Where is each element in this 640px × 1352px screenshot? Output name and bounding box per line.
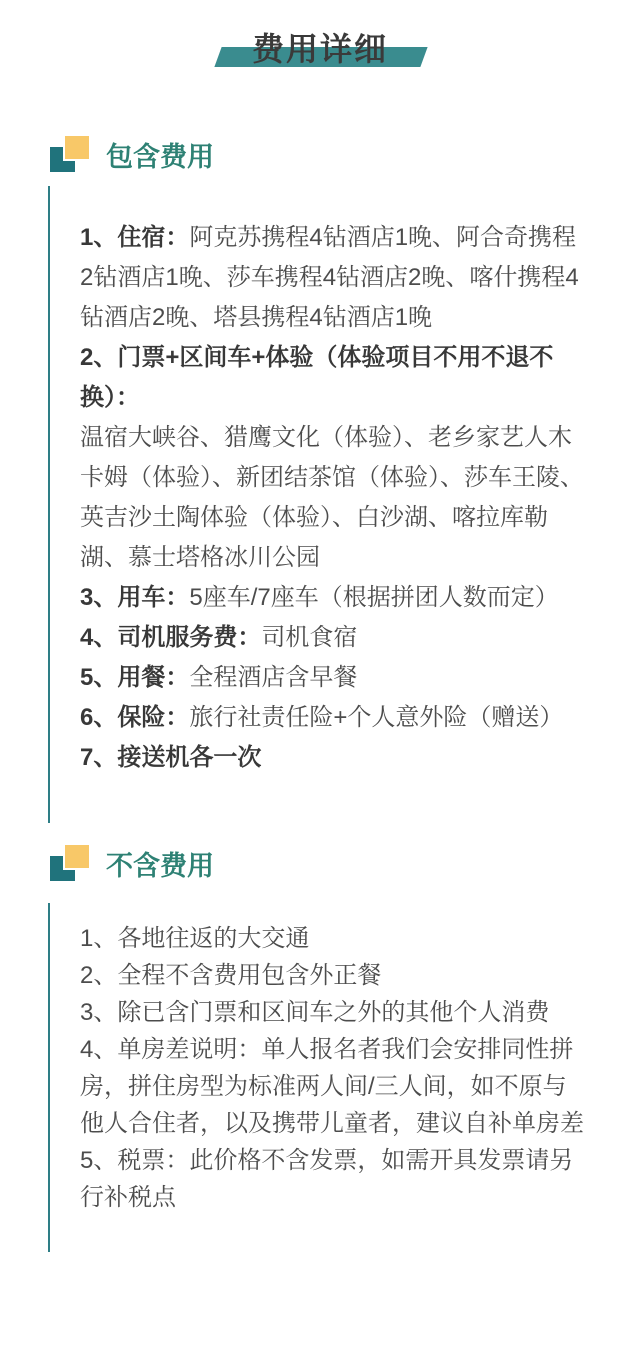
list-item: 7、接送机各一次	[80, 738, 584, 778]
section-header-excluded-fees: 不含费用	[50, 843, 214, 883]
item-text: 5、税票：此价格不含发票，如需开具发票请另行补税点	[80, 1147, 573, 1211]
page-title: 费用详细	[0, 24, 640, 70]
item-text: 4、单房差说明：单人报名者我们会安排同性拼房，拼住房型为标准两人间/三人间，如不…	[80, 1036, 584, 1137]
item-text: 1、各地往返的大交通	[80, 925, 309, 952]
item-label: 3、用车：	[80, 584, 189, 611]
item-text: 5座车/7座车（根据拼团人数而定）	[189, 584, 558, 611]
item-text: 3、除已含门票和区间车之外的其他个人消费	[80, 999, 549, 1026]
included-fees-list: 1、住宿：阿克苏携程4钻酒店1晚、阿合奇携程2钻酒店1晚、莎车携程4钻酒店2晚、…	[80, 218, 584, 778]
list-item: 1、各地往返的大交通	[80, 920, 584, 957]
item-label: 6、保险：	[80, 704, 189, 731]
list-item: 6、保险：旅行社责任险+个人意外险（赠送）	[80, 698, 584, 738]
yellow-square-icon	[63, 134, 91, 161]
item-label: 5、用餐：	[80, 664, 189, 691]
item-text: 2、全程不含费用包含外正餐	[80, 962, 381, 989]
item-label: 4、司机服务费：	[80, 624, 261, 651]
section-rule-line	[48, 903, 50, 1252]
excluded-fees-list: 1、各地往返的大交通 2、全程不含费用包含外正餐 3、除已含门票和区间车之外的其…	[80, 920, 584, 1216]
list-item: 3、用车：5座车/7座车（根据拼团人数而定）	[80, 578, 584, 618]
overlap-squares-icon	[50, 843, 92, 883]
yellow-square-icon	[63, 843, 91, 870]
section-heading: 包含费用	[106, 135, 214, 174]
item-text: 司机食宿	[261, 624, 357, 651]
item-text: 旅行社责任险+个人意外险（赠送）	[189, 704, 563, 731]
list-item: 5、税票：此价格不含发票，如需开具发票请另行补税点	[80, 1142, 584, 1216]
overlap-squares-icon	[50, 134, 92, 174]
list-item: 2、门票+区间车+体验（体验项目不用不退不换）：	[80, 338, 584, 418]
item-label: 1、住宿：	[80, 224, 189, 251]
list-item: 4、司机服务费：司机食宿	[80, 618, 584, 658]
list-item: 2、全程不含费用包含外正餐	[80, 957, 584, 994]
list-item: 1、住宿：阿克苏携程4钻酒店1晚、阿合奇携程2钻酒店1晚、莎车携程4钻酒店2晚、…	[80, 218, 584, 338]
section-heading: 不含费用	[106, 844, 214, 883]
item-label: 2、门票+区间车+体验（体验项目不用不退不换）：	[80, 344, 553, 411]
list-item: 5、用餐：全程酒店含早餐	[80, 658, 584, 698]
page-header: 费用详细	[0, 24, 640, 76]
item-label: 7、接送机各一次	[80, 744, 261, 771]
item-text: 全程酒店含早餐	[189, 664, 357, 691]
list-item: 3、除已含门票和区间车之外的其他个人消费	[80, 994, 584, 1031]
list-item: 温宿大峡谷、猎鹰文化（体验）、老乡家艺人木卡姆（体验）、新团结茶馆（体验）、莎车…	[80, 418, 584, 578]
section-header-included-fees: 包含费用	[50, 134, 214, 174]
item-text: 温宿大峡谷、猎鹰文化（体验）、老乡家艺人木卡姆（体验）、新团结茶馆（体验）、莎车…	[80, 424, 584, 571]
list-item: 4、单房差说明：单人报名者我们会安排同性拼房，拼住房型为标准两人间/三人间，如不…	[80, 1031, 584, 1142]
section-rule-line	[48, 186, 50, 823]
